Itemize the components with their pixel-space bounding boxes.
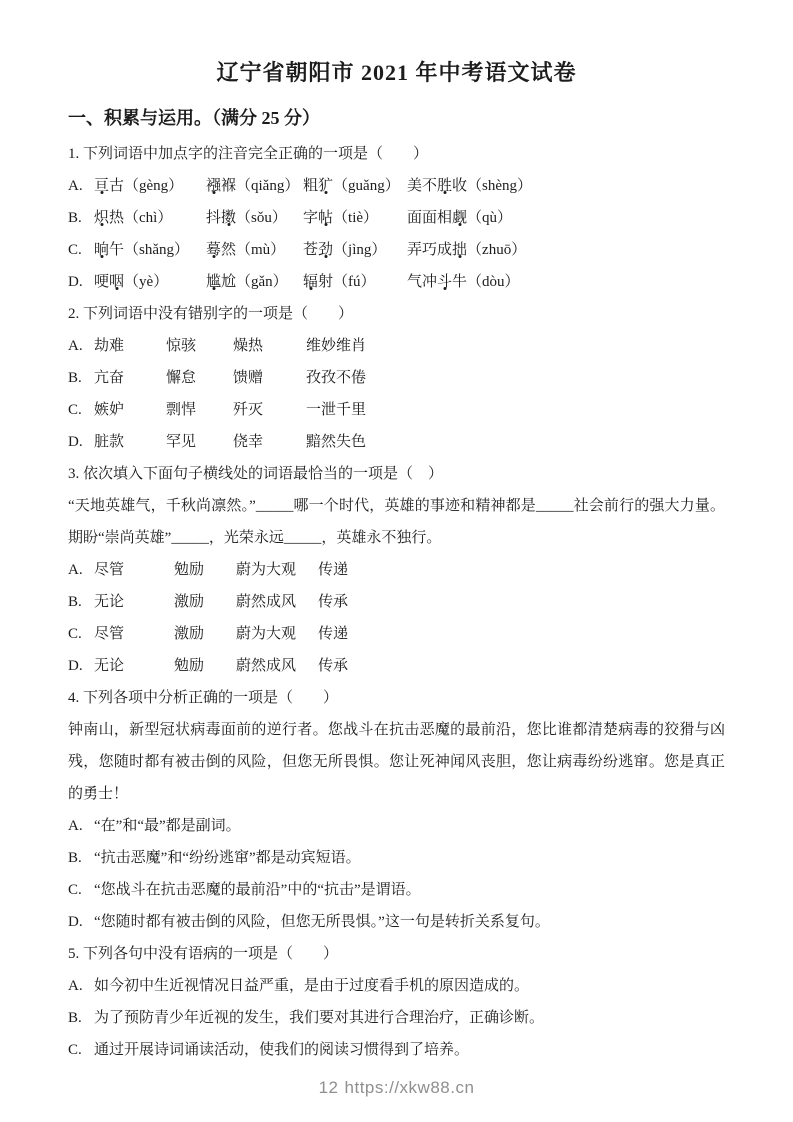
option-label: C. [68, 618, 94, 650]
option-item: 抖擞（sǒu） [206, 202, 303, 234]
emphasis-dot-char: 擞 [221, 210, 236, 226]
option-label: B. [68, 842, 94, 874]
option-item: 罕见 [166, 426, 233, 458]
option-item: “抗击恶魔”和“纷纷逃窜”都是动宾短语。 [94, 842, 361, 874]
option-label: A. [68, 170, 94, 202]
emphasis-dot-char: 尴 [206, 274, 221, 290]
option-item: 嫉妒 [94, 394, 166, 426]
question-3: 3. 依次填入下面句子横线处的词语最恰当的一项是（ ）“天地英雄气，千秋尚凛然。… [68, 458, 725, 682]
option-item: 懈怠 [166, 362, 233, 394]
option-item: 字帖（tiè） [303, 202, 407, 234]
question-2-option-A: A.劫难惊骇燥热维妙维肖 [68, 330, 725, 362]
option-item: 勉励 [174, 650, 236, 682]
question-3-option-D: D.无论勉励蔚然成风传承 [68, 650, 725, 682]
question-1-option-A: A.亘古（gèng）襁褓（qiǎng）粗犷（guǎng）美不胜收（shèng） [68, 170, 725, 202]
option-item: 传承 [318, 586, 348, 618]
option-item: 美不胜收（shèng） [407, 170, 532, 202]
option-item: 蔚为大观 [236, 618, 318, 650]
question-1-option-C: C.晌午（shǎng）蓦然（mù）苍劲（jìng）弄巧成拙（zhuō） [68, 234, 725, 266]
question-3-option-B: B.无论激励蔚然成风传承 [68, 586, 725, 618]
emphasis-dot-char: 胜 [437, 178, 452, 194]
option-label: D. [68, 906, 94, 938]
question-5: 5. 下列各句中没有语病的一项是（ ）A.如今初中生近视情况日益严重，是由于过度… [68, 938, 725, 1066]
option-item: 蔚为大观 [236, 554, 318, 586]
option-label: C. [68, 394, 94, 426]
option-item: “在”和“最”都是副词。 [94, 810, 241, 842]
option-item: 蔚然成风 [236, 650, 318, 682]
option-label: A. [68, 330, 94, 362]
question-5-option-C: C.通过开展诗词诵读活动，使我们的阅读习惯得到了培养。 [68, 1034, 725, 1066]
page-title: 辽宁省朝阳市 2021 年中考语文试卷 [68, 58, 725, 88]
option-item: 哽咽（yè） [94, 266, 206, 298]
option-label: A. [68, 810, 94, 842]
option-item: 一泄千里 [306, 394, 366, 426]
question-4-option-A: A.“在”和“最”都是副词。 [68, 810, 725, 842]
option-item: 歼灭 [233, 394, 306, 426]
question-1-option-D: D.哽咽（yè）尴尬（gǎn）辐射（fú）气冲斗牛（dòu） [68, 266, 725, 298]
question-4-stem: 4. 下列各项中分析正确的一项是（ ） [68, 682, 725, 714]
option-item: 剽悍 [166, 394, 233, 426]
option-label: B. [68, 1002, 94, 1034]
option-item: 劫难 [94, 330, 166, 362]
exam-page: 辽宁省朝阳市 2021 年中考语文试卷 一、积累与运用。（满分 25 分） 1.… [0, 0, 793, 1122]
question-1-stem: 1. 下列词语中加点字的注音完全正确的一项是（ ） [68, 138, 725, 170]
question-2: 2. 下列词语中没有错别字的一项是（ ）A.劫难惊骇燥热维妙维肖B.亢奋懈怠馈赠… [68, 298, 725, 458]
option-item: 尽管 [94, 618, 174, 650]
option-item: 勉励 [174, 554, 236, 586]
option-label: D. [68, 650, 94, 682]
option-label: C. [68, 234, 94, 266]
question-5-option-B: B.为了预防青少年近视的发生，我们要对其进行合理治疗，正确诊断。 [68, 1002, 725, 1034]
questions-container: 1. 下列词语中加点字的注音完全正确的一项是（ ）A.亘古（gèng）襁褓（qi… [68, 138, 725, 1066]
question-5-stem: 5. 下列各句中没有语病的一项是（ ） [68, 938, 725, 970]
option-item: 惊骇 [166, 330, 233, 362]
option-label: B. [68, 202, 94, 234]
option-item: 为了预防青少年近视的发生，我们要对其进行合理治疗，正确诊断。 [94, 1002, 544, 1034]
question-3-passage: “天地英雄气，千秋尚凛然。”_____哪一个时代，英雄的事迹和精神都是_____… [68, 490, 725, 554]
option-item: 亘古（gèng） [94, 170, 206, 202]
option-item: 粗犷（guǎng） [303, 170, 407, 202]
emphasis-dot-char: 亘 [94, 178, 109, 194]
option-item: 传递 [318, 618, 348, 650]
option-item: 黯然失色 [306, 426, 366, 458]
option-item: 辐射（fú） [303, 266, 407, 298]
option-item: “您随时都有被击倒的风险，但您无所畏惧。”这一句是转折关系复句。 [94, 906, 550, 938]
emphasis-dot-char: 斗 [437, 274, 452, 290]
option-item: 晌午（shǎng） [94, 234, 206, 266]
question-1: 1. 下列词语中加点字的注音完全正确的一项是（ ）A.亘古（gèng）襁褓（qi… [68, 138, 725, 298]
emphasis-dot-char: 犷 [318, 178, 333, 194]
option-item: 亢奋 [94, 362, 166, 394]
question-3-option-A: A.尽管勉励蔚为大观传递 [68, 554, 725, 586]
emphasis-dot-char: 襁 [206, 178, 221, 194]
section-heading: 一、积累与运用。（满分 25 分） [68, 104, 725, 132]
footer-url: https://xkw88.cn [345, 1078, 475, 1097]
option-label: D. [68, 266, 94, 298]
option-item: 燥热 [233, 330, 306, 362]
question-2-option-D: D.脏款罕见侥幸黯然失色 [68, 426, 725, 458]
emphasis-dot-char: 咽 [109, 274, 124, 290]
option-item: 气冲斗牛（dòu） [407, 266, 520, 298]
option-item: 蓦然（mù） [206, 234, 303, 266]
option-item: 脏款 [94, 426, 166, 458]
question-4-option-B: B.“抗击恶魔”和“纷纷逃窜”都是动宾短语。 [68, 842, 725, 874]
option-item: 馈赠 [233, 362, 306, 394]
emphasis-dot-char: 蓦 [206, 242, 221, 258]
option-label: B. [68, 586, 94, 618]
emphasis-dot-char: 劲 [318, 242, 333, 258]
question-4-option-C: C.“您战斗在抗击恶魔的最前沿”中的“抗击”是谓语。 [68, 874, 725, 906]
emphasis-dot-char: 拙 [452, 242, 467, 258]
emphasis-dot-char: 炽 [94, 210, 109, 226]
option-item: 激励 [174, 618, 236, 650]
question-4-passage: 钟南山，新型冠状病毒面前的逆行者。您战斗在抗击恶魔的最前沿，您比谁都清楚病毒的狡… [68, 714, 725, 810]
question-3-option-C: C.尽管激励蔚为大观传递 [68, 618, 725, 650]
option-label: C. [68, 874, 94, 906]
option-item: 如今初中生近视情况日益严重，是由于过度看手机的原因造成的。 [94, 970, 529, 1002]
option-item: 炽热（chì） [94, 202, 206, 234]
option-item: 维妙维肖 [306, 330, 366, 362]
option-item: 传承 [318, 650, 348, 682]
question-2-option-C: C.嫉妒剽悍歼灭一泄千里 [68, 394, 725, 426]
option-item: 苍劲（jìng） [303, 234, 407, 266]
option-item: 无论 [94, 650, 174, 682]
option-item: 尽管 [94, 554, 174, 586]
emphasis-dot-char: 晌 [94, 242, 109, 258]
question-1-option-B: B.炽热（chì）抖擞（sǒu）字帖（tiè）面面相觑（qù） [68, 202, 725, 234]
option-item: “您战斗在抗击恶魔的最前沿”中的“抗击”是谓语。 [94, 874, 421, 906]
page-number: 12 [319, 1078, 339, 1097]
emphasis-dot-char: 帖 [318, 210, 333, 226]
option-label: D. [68, 426, 94, 458]
emphasis-dot-char: 辐 [303, 274, 318, 290]
option-label: A. [68, 554, 94, 586]
option-item: 弄巧成拙（zhuō） [407, 234, 526, 266]
question-3-stem: 3. 依次填入下面句子横线处的词语最恰当的一项是（ ） [68, 458, 725, 490]
option-item: 蔚然成风 [236, 586, 318, 618]
option-label: B. [68, 362, 94, 394]
option-item: 襁褓（qiǎng） [206, 170, 303, 202]
option-label: A. [68, 970, 94, 1002]
option-item: 尴尬（gǎn） [206, 266, 303, 298]
option-item: 通过开展诗词诵读活动，使我们的阅读习惯得到了培养。 [94, 1034, 469, 1066]
question-4-option-D: D.“您随时都有被击倒的风险，但您无所畏惧。”这一句是转折关系复句。 [68, 906, 725, 938]
emphasis-dot-char: 觑 [452, 210, 467, 226]
option-item: 激励 [174, 586, 236, 618]
question-2-option-B: B.亢奋懈怠馈赠孜孜不倦 [68, 362, 725, 394]
option-item: 传递 [318, 554, 348, 586]
option-item: 侥幸 [233, 426, 306, 458]
question-5-option-A: A.如今初中生近视情况日益严重，是由于过度看手机的原因造成的。 [68, 970, 725, 1002]
question-4: 4. 下列各项中分析正确的一项是（ ）钟南山，新型冠状病毒面前的逆行者。您战斗在… [68, 682, 725, 938]
option-item: 孜孜不倦 [306, 362, 366, 394]
option-label: C. [68, 1034, 94, 1066]
option-item: 面面相觑（qù） [407, 202, 512, 234]
option-item: 无论 [94, 586, 174, 618]
page-footer: 12https://xkw88.cn [0, 1078, 793, 1098]
question-2-stem: 2. 下列词语中没有错别字的一项是（ ） [68, 298, 725, 330]
